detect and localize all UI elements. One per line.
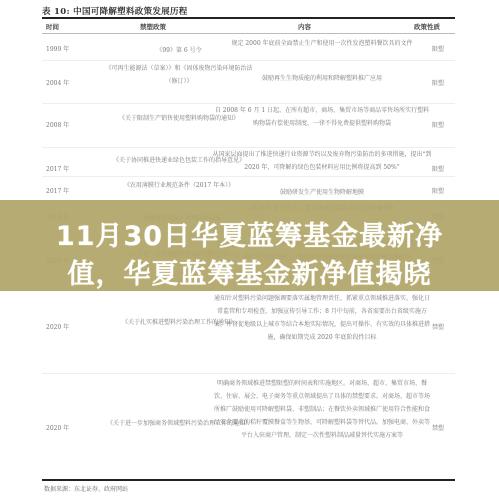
header-content: 内容 <box>298 22 311 31</box>
table-bottom-rule <box>42 479 455 481</box>
row-year: 2017 年 <box>46 186 69 195</box>
table-row: 2004 年 《可再生能源法（草案）》和《固体废物污染环境防治法（修订）》 鼓励… <box>42 62 455 102</box>
row-year: 2008 年 <box>46 120 69 129</box>
header-nature: 政策性质 <box>414 22 440 31</box>
row-nature: 限塑 <box>418 186 458 195</box>
header-time: 时间 <box>46 22 59 31</box>
row-content: 鼓励再生生物质能的利用和降解塑料推广应用 <box>212 72 432 85</box>
header-policy: 禁塑政策 <box>140 22 166 31</box>
row-nature: 禁塑 <box>418 423 458 432</box>
headline-banner: 11月30日华夏蓝筹基金最新净 值，华夏蓝筹基金新净值揭晓 <box>0 200 499 291</box>
row-content: 通知针对塑料污染问题强调要落实属地管理责任，抓紧重点领域推进落实，强化日常监管和… <box>212 292 432 344</box>
table-top-rule <box>42 17 455 19</box>
row-separator <box>42 373 455 374</box>
row-content: 自 2008 年 6 月 1 日起，在所有超市、商场、集贸市场等商品零售场所实行… <box>212 104 432 130</box>
table-row: 2017 年 《农用薄膜行业规范条件（2017 年本）》 鼓励研发生产使用生物降… <box>42 177 455 201</box>
headline-line-2: 值，华夏蓝筹基金新净值揭晓 <box>0 252 499 291</box>
table-title: 表 10: 中国可降解塑料政策发展历程 <box>42 5 188 17</box>
row-content: 从国家层面提出了推进快递行业资源节约以及废弃物污染防治的多项措施，提出“到 20… <box>212 148 432 174</box>
row-nature: 限塑 <box>418 120 458 129</box>
row-year: 1999 年 <box>46 44 69 53</box>
row-year: 2004 年 <box>46 78 69 87</box>
row-content: 明确商务领域推进禁塑限塑的时间表和实施地区。对商场、超市、集贸市场、餐饮、住宿、… <box>212 377 432 442</box>
row-content: 规定 2000 年底前全面禁止生产和使用一次性发泡塑料餐饮具的文件 <box>212 37 432 50</box>
row-nature: 限塑 <box>418 78 458 87</box>
row-year: 2017 年 <box>46 164 69 173</box>
table-row: 2020 年 《关于进一步加强商务领域塑料污染治理工作的通知》 明确商务领域推进… <box>42 377 455 477</box>
table-row: 2008 年 《关于限制生产销售使用塑料购物袋的通知》 自 2008 年 6 月… <box>42 104 455 146</box>
row-nature: 禁塑 <box>418 322 458 331</box>
row-separator <box>42 60 455 61</box>
row-content: 鼓励研发生产使用生物降解地膜 <box>212 186 432 199</box>
row-nature: 限塑 <box>418 164 458 173</box>
data-source: 数据来源：东北证券、政府网站 <box>44 484 128 493</box>
header-rule <box>42 33 455 34</box>
row-nature: 限塑 <box>418 44 458 53</box>
table-row: 2020 年 《关于扎实推进塑料污染治理工作的通知》 通知针对塑料污染问题强调要… <box>42 292 455 367</box>
row-year: 2020 年 <box>46 322 69 331</box>
headline-line-1: 11月30日华夏蓝筹基金最新净 <box>0 214 499 253</box>
row-year: 2020 年 <box>46 423 69 432</box>
